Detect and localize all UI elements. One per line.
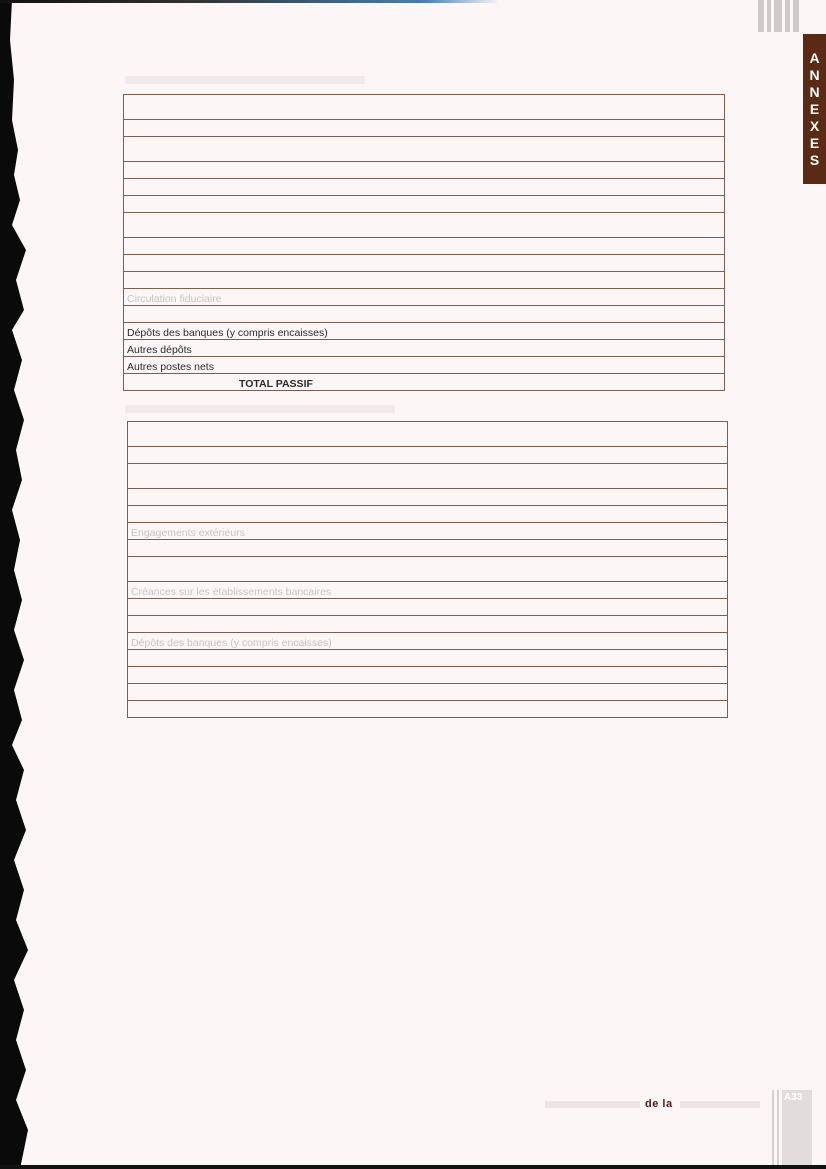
row-label: Autres postes nets bbox=[124, 357, 725, 374]
table-row bbox=[124, 120, 725, 137]
table-row: Circulation fiduciaire bbox=[124, 289, 725, 306]
row-label bbox=[124, 95, 725, 120]
table-row: Dépôts des banques (y compris encaisses) bbox=[128, 633, 728, 650]
row-label bbox=[128, 506, 728, 523]
page-tab-divider bbox=[772, 1090, 774, 1165]
table1-caption-faded bbox=[125, 76, 365, 84]
scan-top-edge bbox=[0, 0, 500, 3]
annexes-letter: N bbox=[809, 67, 819, 83]
row-label bbox=[128, 422, 728, 447]
table-row bbox=[128, 464, 728, 489]
table-row: TOTAL PASSIF bbox=[124, 374, 725, 391]
table-row bbox=[128, 557, 728, 582]
row-label bbox=[128, 701, 728, 718]
footer-faded-text-left bbox=[545, 1101, 640, 1108]
annexes-letter: E bbox=[810, 135, 819, 151]
row-label bbox=[124, 238, 725, 255]
row-label: Circulation fiduciaire bbox=[124, 289, 725, 306]
row-label bbox=[124, 196, 725, 213]
table-row bbox=[124, 213, 725, 238]
annexes-letter: S bbox=[810, 152, 819, 168]
scan-bottom-edge bbox=[0, 1165, 826, 1169]
table-row bbox=[128, 422, 728, 447]
annexes-side-tab: ANNEXES bbox=[803, 34, 826, 184]
row-label bbox=[124, 120, 725, 137]
row-label: Dépôts des banques (y compris encaisses) bbox=[128, 633, 728, 650]
page-tab-divider bbox=[777, 1090, 779, 1165]
table-row bbox=[124, 255, 725, 272]
table-row bbox=[128, 667, 728, 684]
table-row bbox=[128, 447, 728, 464]
row-label bbox=[128, 489, 728, 506]
row-label bbox=[128, 667, 728, 684]
annexes-letter: X bbox=[810, 118, 819, 134]
table-row bbox=[128, 684, 728, 701]
row-label bbox=[124, 306, 725, 323]
table-row bbox=[124, 95, 725, 120]
row-label: Engagements extérieurs bbox=[128, 523, 728, 540]
row-label bbox=[128, 540, 728, 557]
table-row bbox=[124, 272, 725, 289]
torn-page-edge bbox=[0, 0, 40, 1169]
table-row bbox=[128, 616, 728, 633]
table-row bbox=[124, 179, 725, 196]
table-row: Engagements extérieurs bbox=[128, 523, 728, 540]
row-label bbox=[128, 616, 728, 633]
row-label bbox=[128, 684, 728, 701]
row-label bbox=[128, 464, 728, 489]
header-decoration-bars bbox=[758, 0, 800, 32]
table-row bbox=[128, 599, 728, 616]
table-row: Autres dépôts bbox=[124, 340, 725, 357]
row-label bbox=[128, 557, 728, 582]
passif-table: Circulation fiduciaire Dépôts des banque… bbox=[123, 94, 725, 391]
row-label bbox=[128, 650, 728, 667]
row-label bbox=[124, 272, 725, 289]
row-label bbox=[124, 137, 725, 162]
row-label bbox=[128, 599, 728, 616]
table-row bbox=[128, 489, 728, 506]
row-label: Autres dépôts bbox=[124, 340, 725, 357]
row-label bbox=[124, 213, 725, 238]
page-number: A33 bbox=[784, 1092, 802, 1103]
table-row bbox=[124, 306, 725, 323]
row-label: Dépôts des banques (y compris encaisses) bbox=[124, 323, 725, 340]
second-table: Engagements extérieurs Créances sur les … bbox=[127, 421, 728, 718]
annexes-letter: A bbox=[809, 50, 819, 66]
row-label: TOTAL PASSIF bbox=[124, 374, 725, 391]
table-row bbox=[124, 238, 725, 255]
row-label bbox=[124, 179, 725, 196]
table-row bbox=[128, 540, 728, 557]
footer-faded-text-right bbox=[680, 1101, 760, 1108]
table-row bbox=[128, 701, 728, 718]
table-row bbox=[128, 650, 728, 667]
footer-text: de la bbox=[645, 1098, 673, 1110]
table-row: Dépôts des banques (y compris encaisses) bbox=[124, 323, 725, 340]
table-row: Créances sur les établissements bancaire… bbox=[128, 582, 728, 599]
annexes-letter: E bbox=[810, 101, 819, 117]
table-row bbox=[124, 137, 725, 162]
table2-caption-faded bbox=[125, 405, 395, 413]
row-label bbox=[124, 162, 725, 179]
table-row bbox=[124, 162, 725, 179]
row-label bbox=[124, 255, 725, 272]
table-row bbox=[124, 196, 725, 213]
table-row bbox=[128, 506, 728, 523]
row-label bbox=[128, 447, 728, 464]
annexes-letter: N bbox=[809, 84, 819, 100]
table-row: Autres postes nets bbox=[124, 357, 725, 374]
row-label: Créances sur les établissements bancaire… bbox=[128, 582, 728, 599]
